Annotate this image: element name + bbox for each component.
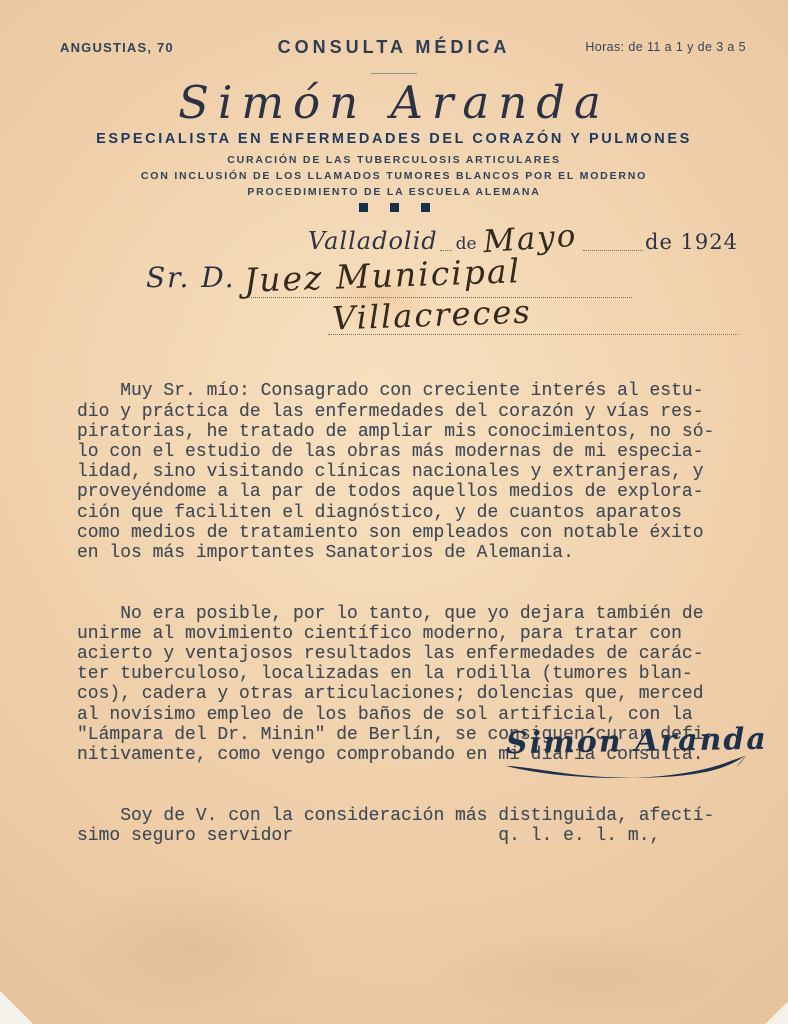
square-icon xyxy=(390,203,399,212)
dotted-rule xyxy=(583,246,643,251)
torn-corner-bottom-right xyxy=(718,984,788,1024)
handwritten-location: Villacreces xyxy=(331,293,532,338)
subtitle-line-1: CURACIÓN DE LAS TUBERCULOSIS ARTICULARES xyxy=(0,154,788,166)
signature-flourish xyxy=(500,753,748,779)
de-label: de xyxy=(456,234,477,254)
specialty-line: ESPECIALISTA EN ENFERMEDADES DEL CORAZÓN… xyxy=(0,131,788,147)
office-hours: Horas: de 11 a 1 y de 3 a 5 xyxy=(585,40,746,54)
city-label: Valladolid xyxy=(308,227,438,255)
torn-corner-bottom-left xyxy=(0,964,70,1024)
paper-stain xyxy=(60,880,320,1020)
header-divider xyxy=(371,73,417,74)
letter-document: ANGUSTIAS, 70 CONSULTA MÉDICA Horas: de … xyxy=(0,0,788,1024)
letter-body: Muy Sr. mío: Consagrado con creciente in… xyxy=(77,341,757,886)
subtitle-line-2: CON INCLUSIÓN DE LOS LLAMADOS TUMORES BL… xyxy=(0,170,788,182)
addressee-line: Sr. D. Juez Municipal xyxy=(146,256,632,298)
dotted-rule: Juez Municipal xyxy=(244,256,632,298)
dotted-rule xyxy=(440,246,452,251)
addressee-location-line: Villacreces xyxy=(328,296,738,335)
squares-ornament xyxy=(0,203,788,212)
body-closing: Soy de V. con la consideración más disti… xyxy=(77,806,757,846)
salutation-label: Sr. D. xyxy=(146,261,236,294)
year-label: de 1924 xyxy=(645,230,738,254)
body-paragraph-1: Muy Sr. mío: Consagrado con creciente in… xyxy=(77,381,757,563)
doctor-name-heading: Simón Aranda xyxy=(0,76,788,129)
dateline: Valladolid de Mayo de 1924 xyxy=(308,221,738,257)
paper-stain xyxy=(430,930,730,1020)
subtitle-line-3: PROCEDIMIENTO DE LA ESCUELA ALEMANA xyxy=(0,186,788,198)
square-icon xyxy=(421,203,430,212)
square-icon xyxy=(359,203,368,212)
